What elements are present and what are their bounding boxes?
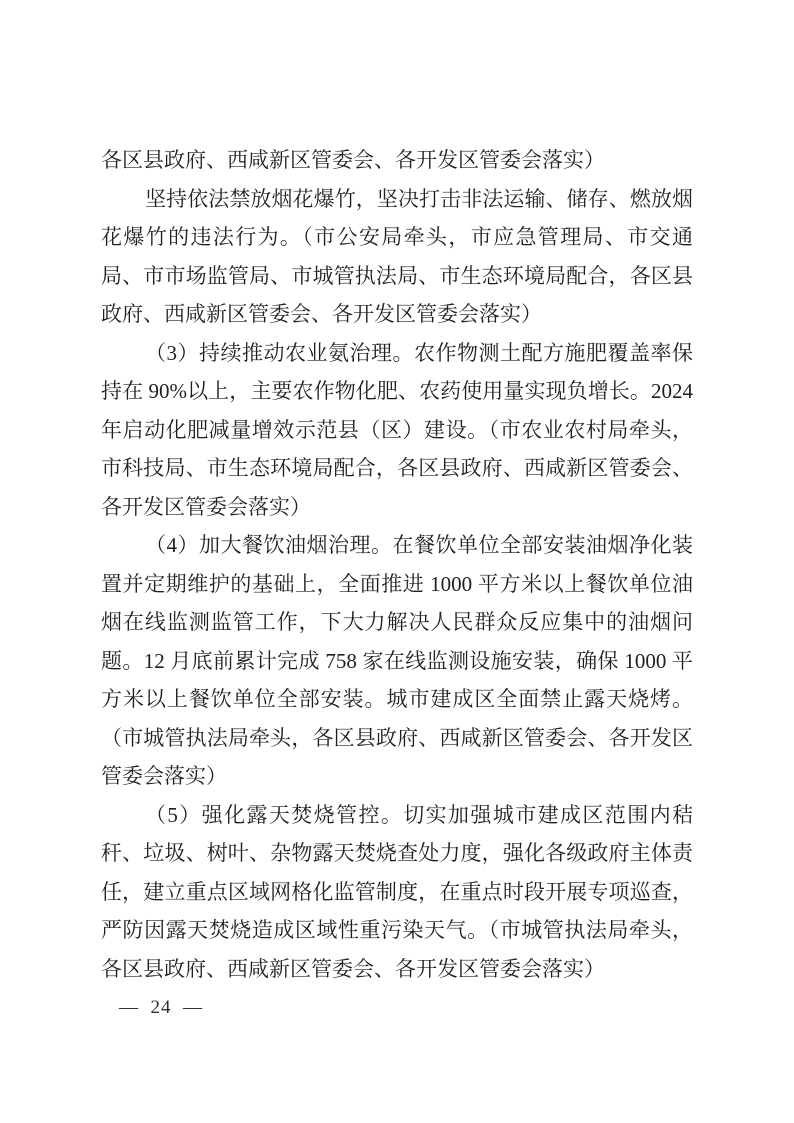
paragraph-item-4-cooking-fume-control: （4）加大餐饮油烟治理。在餐饮单位全部安装油烟净化装置并定期维护的基础上，全面推…: [101, 526, 693, 796]
paragraph-item-3-agricultural-ammonia: （3）持续推动农业氨治理。农作物测土配方施肥覆盖率保持在 90%以上，主要农作物…: [101, 334, 693, 527]
paragraph-continuation-implementers: 各区县政府、西咸新区管委会、各开发区管委会落实）: [101, 141, 693, 180]
document-body: 各区县政府、西咸新区管委会、各开发区管委会落实） 坚持依法禁放烟花爆竹，坚决打击…: [101, 141, 693, 988]
paragraph-item-5-open-burning-control: （5）强化露天焚烧管控。切实加强城市建成区范围内秸秆、垃圾、树叶、杂物露天焚烧查…: [101, 796, 693, 989]
document-page: 各区县政府、西咸新区管委会、各开发区管委会落实） 坚持依法禁放烟花爆竹，坚决打击…: [0, 0, 794, 1123]
paragraph-fireworks-ban: 坚持依法禁放烟花爆竹，坚决打击非法运输、储存、燃放烟花爆竹的违法行为。（市公安局…: [101, 180, 693, 334]
page-number-footer: — 24 —: [119, 996, 203, 1020]
